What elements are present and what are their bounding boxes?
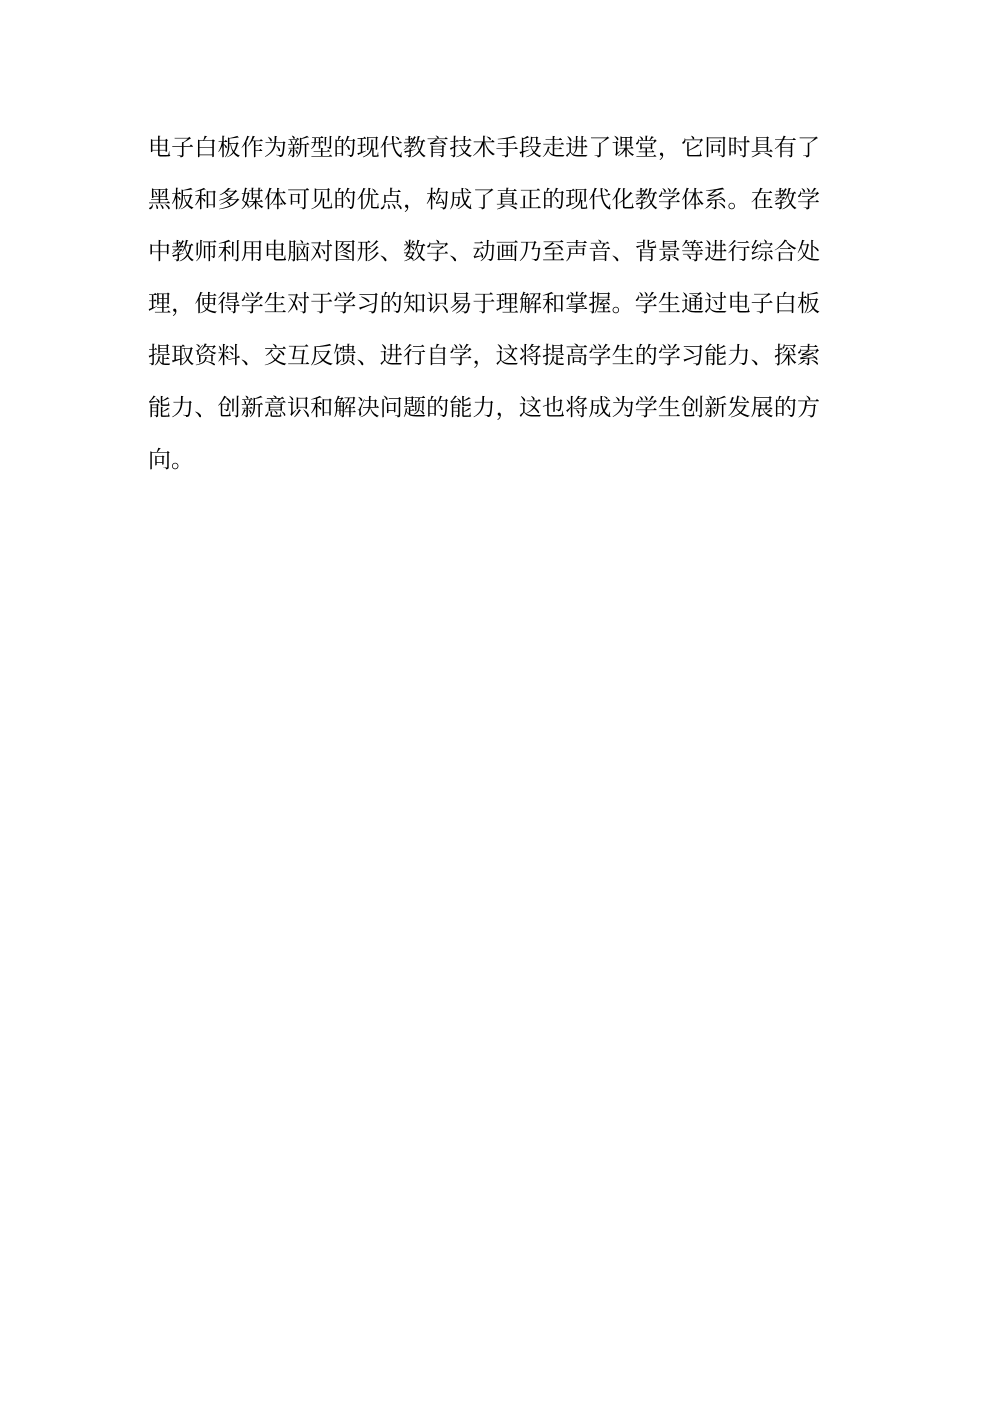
body-paragraph: 电子白板作为新型的现代教育技术手段走进了课堂，它同时具有了 黑板和多媒体可见的优… xyxy=(148,122,820,486)
text-line: 能力、创新意识和解决问题的能力，这也将成为学生创新发展的方 xyxy=(148,382,820,434)
text-line: 中教师利用电脑对图形、数字、动画乃至声音、背景等进行综合处 xyxy=(148,226,820,278)
text-line: 提取资料、交互反馈、进行自学，这将提高学生的学习能力、探索 xyxy=(148,330,820,382)
text-line: 向。 xyxy=(148,434,820,486)
text-line: 理，使得学生对于学习的知识易于理解和掌握。学生通过电子白板 xyxy=(148,278,820,330)
text-line: 电子白板作为新型的现代教育技术手段走进了课堂，它同时具有了 xyxy=(148,122,820,174)
text-line: 黑板和多媒体可见的优点，构成了真正的现代化教学体系。在教学 xyxy=(148,174,820,226)
document-page: 电子白板作为新型的现代教育技术手段走进了课堂，它同时具有了 黑板和多媒体可见的优… xyxy=(0,0,993,1404)
